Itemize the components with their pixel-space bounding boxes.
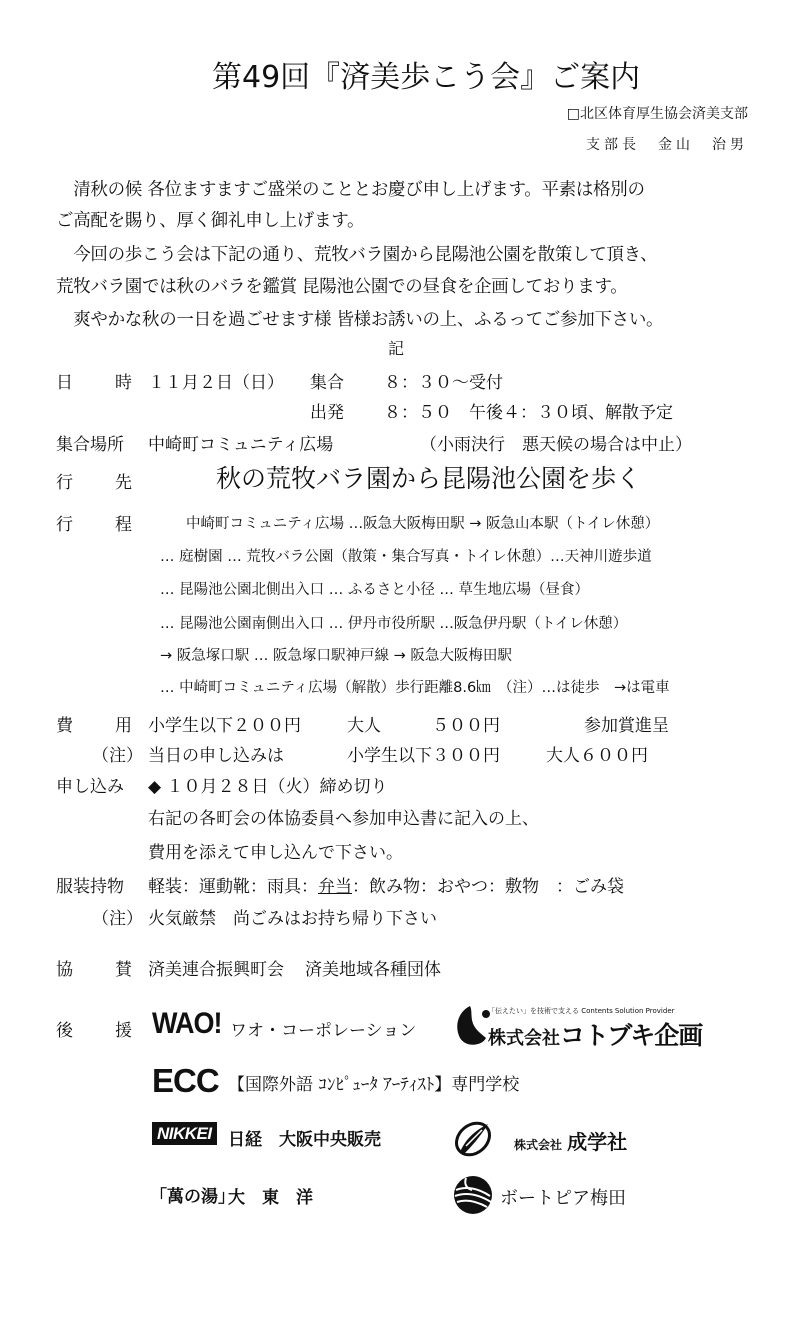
label-char: 時 xyxy=(115,368,132,393)
belongings-note-text: 火気厳禁 尚ごみはお持ち帰り下さい xyxy=(148,904,437,929)
depart-label: 出発 xyxy=(310,398,344,423)
label-char: 用 xyxy=(115,711,132,736)
nikkei-logo: NIKKEI xyxy=(152,1124,217,1144)
fee-label: 費 用 xyxy=(56,711,132,736)
application-instruction: 右記の各町会の体協委員へ参加申込書に記入の上、 xyxy=(148,804,539,829)
label-char: 費 xyxy=(56,711,73,736)
ecc-logo: ECC xyxy=(152,1062,219,1100)
label-char: 賛 xyxy=(115,955,132,980)
company-prefix: 株式会社 xyxy=(488,1028,560,1049)
itinerary-label: 行 程 xyxy=(56,510,132,535)
belongings-note-label: （注） xyxy=(92,904,143,929)
belongings-list: 軽装：運動靴：雨具：弁当：飲み物：おやつ：敷物 ：ごみ袋 xyxy=(148,872,624,897)
company-prefix: 株式会社 xyxy=(514,1138,562,1152)
company-name: コトブキ企画 xyxy=(560,1021,702,1050)
sponsor-name: 【国際外語 ｺﾝﾋﾟｭｰﾀ ｱｰﾃｨｽﾄ】専門学校 xyxy=(228,1070,519,1095)
fee-adult-label: 大人 xyxy=(347,711,381,736)
fee-adult: ５００円 xyxy=(432,711,500,736)
wao-logo: WAO! xyxy=(152,1008,222,1039)
sponsor-name: ボートピア梅田 xyxy=(500,1184,626,1210)
label-char: 程 xyxy=(115,510,132,535)
greeting-line: ご高配を賜り、厚く御礼申し上げます。 xyxy=(56,207,364,232)
cosponsor-org: 済美連合振興町会 xyxy=(148,955,284,980)
label-char: 行 xyxy=(56,510,73,535)
itinerary-line: … 昆陽池公園北側出入口 … ふるさと小径 … 草生地広場（昼食） xyxy=(160,578,589,599)
itinerary-line: … 中崎町コミュニティ広場（解散）歩行距離8.6㎞ （注）…は徒歩 →は電車 xyxy=(160,676,670,697)
meeting-place-label: 集合場所 xyxy=(56,430,124,455)
organization-name: □北区体育厚生協会済美支部 xyxy=(567,103,748,123)
label-char: 援 xyxy=(115,1016,132,1041)
seigakusha-logo-icon xyxy=(452,1118,494,1164)
label-char: 協 xyxy=(56,955,73,980)
itinerary-line: 中崎町コミュニティ広場 …阪急大阪梅田駅 → 阪急山本駅（トイレ休憩） xyxy=(186,512,659,533)
greeting-line: 爽やかな秋の一日を過ごせます様 皆様お誘いの上、ふるってご参加下さい。 xyxy=(56,306,663,331)
label-char: 日 xyxy=(56,368,73,393)
kotobuki-name: 株式会社コトブキ企画 xyxy=(488,1016,702,1052)
event-date: １１月２日（日） xyxy=(148,368,284,393)
fee-note-child: 小学生以下３００円 xyxy=(347,741,500,766)
itinerary-line: … 庭樹園 … 荒牧バラ公園（散策・集合写真・トイレ休憩）…天神川遊歩道 xyxy=(160,545,652,566)
branch-chief: 支部長 金山 治男 xyxy=(586,134,748,154)
ki-heading: 記 xyxy=(388,336,404,359)
gather-label: 集合 xyxy=(310,368,344,393)
participation-prize: 参加賞進呈 xyxy=(584,711,669,736)
fee-child: 小学生以下２００円 xyxy=(148,711,301,736)
itinerary-line: → 阪急塚口駅 … 阪急塚口駅神戸線 → 阪急大阪梅田駅 xyxy=(160,644,512,665)
greeting-line: 今回の歩こう会は下記の通り、荒牧バラ園から昆陽池公園を散策して頂き、 xyxy=(56,241,657,266)
kotobuki-logo-icon xyxy=(452,1004,492,1052)
belongings-label: 服装持物 xyxy=(56,872,124,897)
cosponsor-org: 済美地域各種団体 xyxy=(305,955,441,980)
cosponsor-label: 協 賛 xyxy=(56,955,132,980)
belongings-part: 軽装：運動靴：雨具： xyxy=(148,877,318,897)
belongings-part: ：飲み物：おやつ：敷物 ：ごみ袋 xyxy=(352,877,624,897)
seigakusha-name: 株式会社 成学社 xyxy=(514,1126,627,1155)
sponsor-name: 大 東 洋 xyxy=(228,1183,313,1208)
kotobuki-tagline: 「伝えたい」を技術で支える Contents Solution Provider xyxy=(488,1006,675,1016)
label-char: 先 xyxy=(115,468,132,493)
sponsor-name: 日経 大阪中央販売 xyxy=(228,1125,381,1150)
greeting-line: 清秋の候 各位ますますご盛栄のこととお慶び申し上げます。平素は格別の xyxy=(56,176,645,201)
label-char: 行 xyxy=(56,468,73,493)
belongings-lunch: 弁当 xyxy=(318,877,352,897)
greeting-line: 荒牧バラ園では秋のバラを鑑賞 昆陽池公園での昼食を企画しております。 xyxy=(56,273,627,298)
company-name: 成学社 xyxy=(567,1130,627,1154)
depart-time: ８：５０ 午後４：３０頃、解散予定 xyxy=(384,398,673,423)
boatpia-logo-icon xyxy=(452,1174,494,1220)
schedule-label: 日 時 xyxy=(56,368,132,393)
sponsor-name: ワオ・コーポレーション xyxy=(230,1016,416,1041)
destination-value: 秋の荒牧バラ園から昆陽池公園を歩く xyxy=(216,459,641,495)
fee-note-label: （注） xyxy=(92,741,143,766)
page-title: 第49回『済美歩こう会』ご案内 xyxy=(212,52,640,96)
manoyu-logo: 「萬の湯」 xyxy=(150,1182,235,1207)
destination-label: 行 先 xyxy=(56,468,132,493)
nikkei-logo-text: NIKKEI xyxy=(152,1122,217,1145)
fee-note-adult: 大人６００円 xyxy=(546,741,648,766)
gather-time: ８：３０～受付 xyxy=(384,368,503,393)
application-label: 申し込み xyxy=(56,772,124,797)
meeting-place-value: 中崎町コミュニティ広場 xyxy=(148,430,333,455)
label-char: 後 xyxy=(56,1016,73,1041)
fee-note-text: 当日の申し込みは xyxy=(148,741,284,766)
application-instruction: 費用を添えて申し込んで下さい。 xyxy=(148,838,403,863)
support-label: 後 援 xyxy=(56,1016,132,1041)
itinerary-line: … 昆陽池公園南側出入口 … 伊丹市役所駅 …阪急伊丹駅（トイレ休憩） xyxy=(160,612,627,633)
application-deadline: ◆ １０月２８日（火）締め切り xyxy=(148,772,387,797)
wao-logo-text: WAO! xyxy=(152,1006,222,1040)
meeting-place-note: （小雨決行 悪天候の場合は中止） xyxy=(420,430,692,455)
